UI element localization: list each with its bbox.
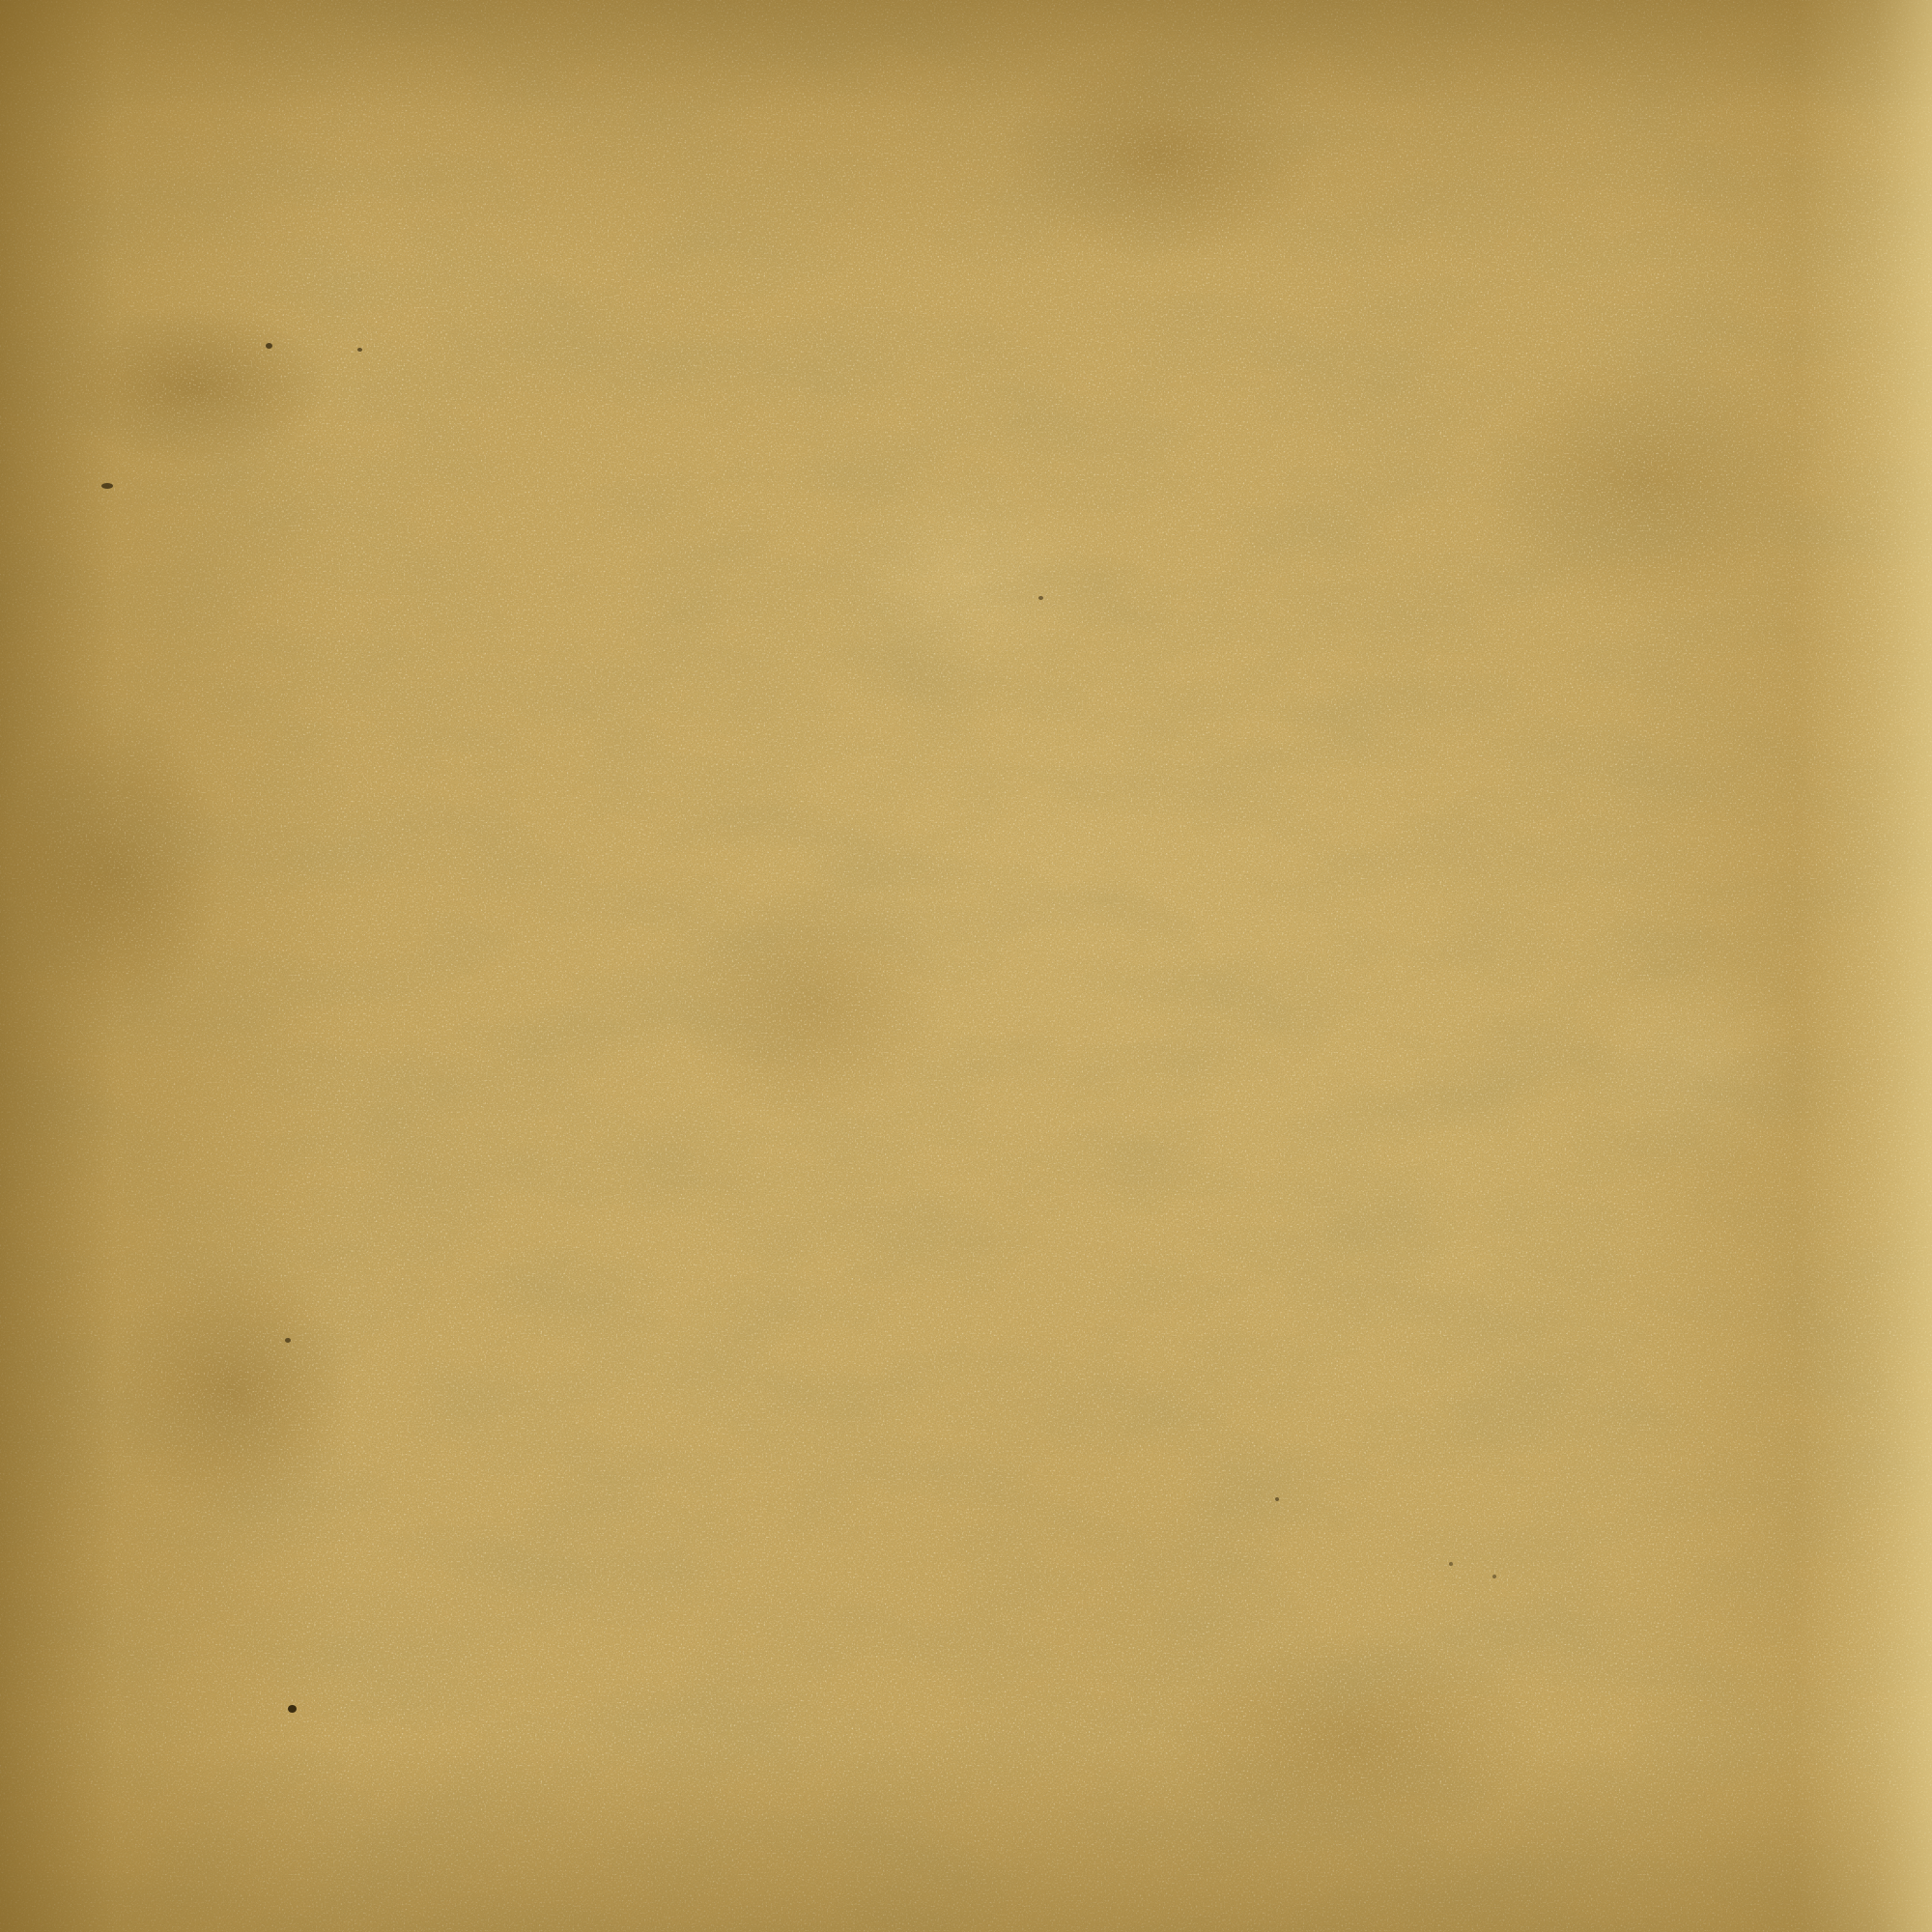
texture-speck [266,343,272,349]
texture-speck [285,1338,291,1343]
texture-speck [1038,596,1043,600]
texture-speck [357,348,362,352]
parchment-texture-background [0,0,1932,1932]
texture-speck [1449,1562,1453,1566]
texture-speck [101,483,113,489]
texture-speck [1275,1497,1279,1501]
texture-speck [288,1705,297,1713]
texture-edge-vignette [0,0,1932,1932]
texture-speck [1492,1575,1496,1578]
